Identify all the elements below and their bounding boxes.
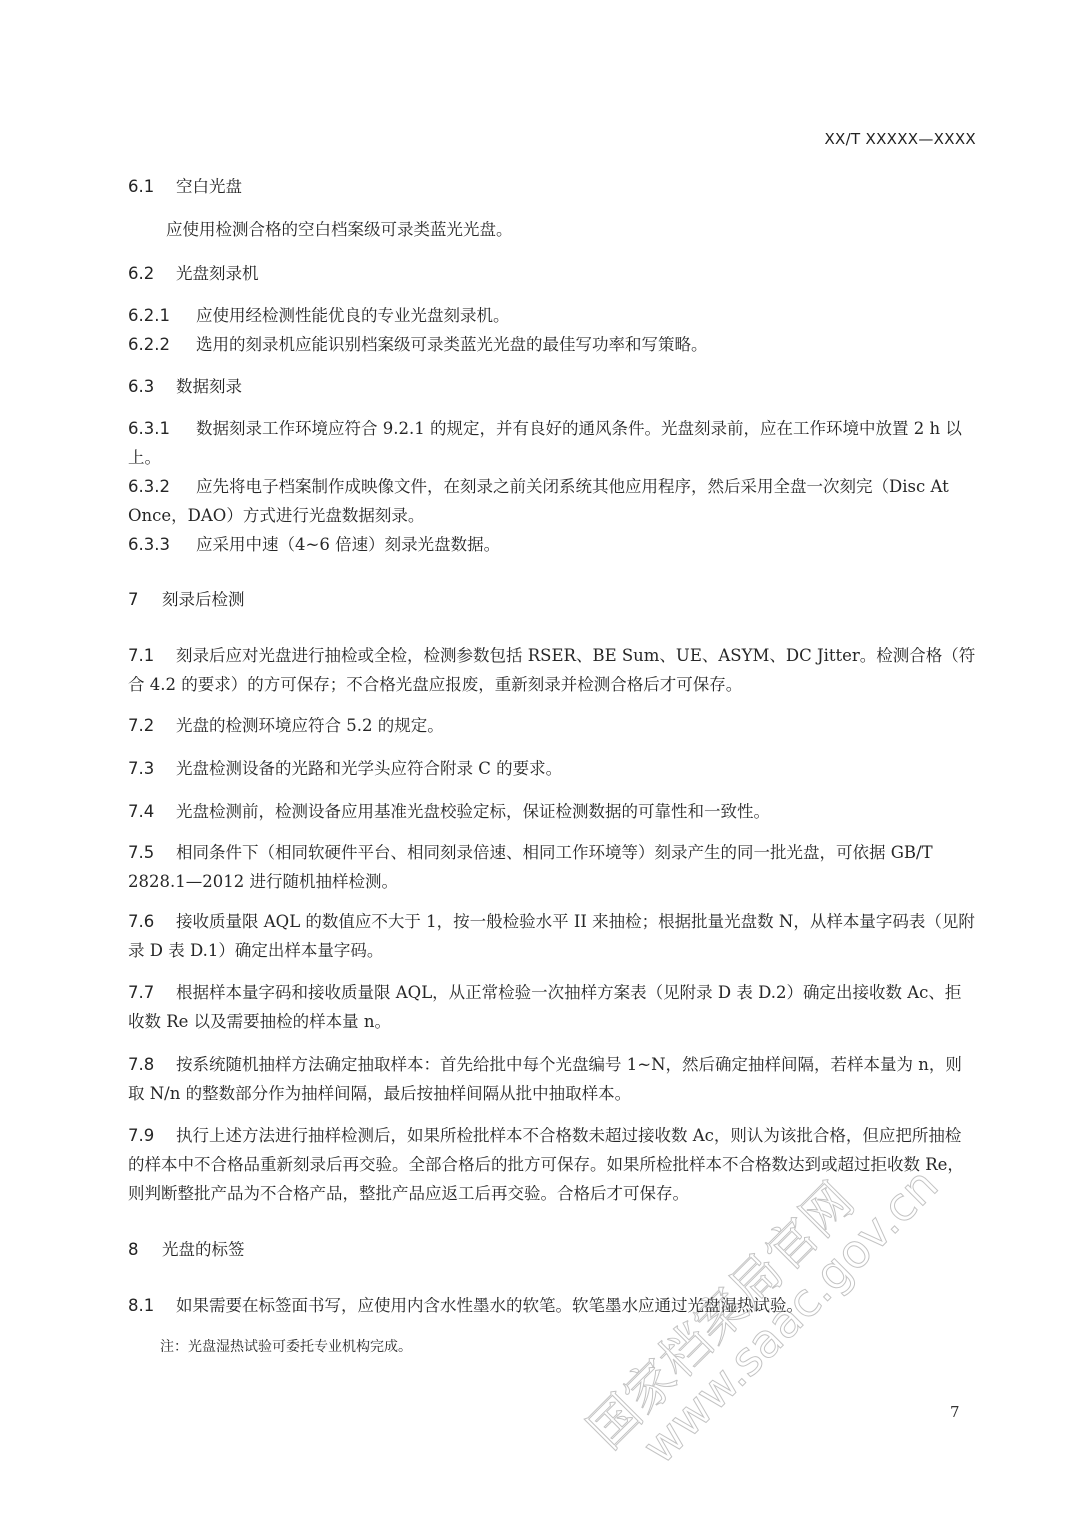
- clause-number: 7.3: [128, 754, 176, 783]
- clause-text: 应使用经检测性能优良的专业光盘刻录机。: [196, 306, 510, 325]
- clause-number: 6.3.3: [128, 530, 196, 559]
- heading-6-1: 6.1空白光盘: [128, 172, 976, 201]
- clause-number: 6.3.1: [128, 414, 196, 443]
- clause-text: 如果需要在标签面书写，应使用内含水性墨水的软笔。软笔墨水应通过光盘湿热试验。: [176, 1296, 803, 1315]
- clause-7-5: 7.5相同条件下（相同软硬件平台、相同刻录倍速、相同工作环境等）刻录产生的同一批…: [128, 838, 976, 896]
- clause-7-2: 7.2光盘的检测环境应符合 5.2 的规定。: [128, 711, 976, 740]
- clause-7-1: 7.1刻录后应对光盘进行抽检或全检，检测参数包括 RSER、BE Sum、UE、…: [128, 641, 976, 699]
- section-number: 6.3: [128, 372, 176, 401]
- clause-number: 7.8: [128, 1050, 176, 1079]
- chapter-number: 8: [128, 1235, 162, 1264]
- section-title: 光盘刻录机: [176, 264, 259, 283]
- clause-7-8: 7.8按系统随机抽样方法确定抽取样本：首先给批中每个光盘编号 1~N，然后确定抽…: [128, 1050, 976, 1108]
- page-number: 7: [950, 1403, 960, 1421]
- clause-text: 按系统随机抽样方法确定抽取样本：首先给批中每个光盘编号 1~N，然后确定抽样间隔…: [128, 1055, 962, 1103]
- clause-number: 6.3.2: [128, 472, 196, 501]
- clause-6-3-3: 6.3.3应采用中速（4~6 倍速）刻录光盘数据。: [128, 530, 976, 559]
- clause-text: 光盘的检测环境应符合 5.2 的规定。: [176, 716, 444, 735]
- clause-number: 7.5: [128, 838, 176, 867]
- clause-6-3-2: 6.3.2应先将电子档案制作成映像文件，在刻录之前关闭系统其他应用程序，然后采用…: [128, 472, 976, 530]
- section-number: 6.1: [128, 172, 176, 201]
- clause-text: 光盘检测前，检测设备应用基准光盘校验定标，保证检测数据的可靠性和一致性。: [176, 802, 770, 821]
- section-title: 数据刻录: [176, 377, 242, 396]
- chapter-number: 7: [128, 585, 162, 614]
- clause-6-3-1: 6.3.1数据刻录工作环境应符合 9.2.1 的规定，并有良好的通风条件。光盘刻…: [128, 414, 976, 472]
- clause-text: 接收质量限 AQL 的数值应不大于 1，按一般检验水平 II 来抽检；根据批量光…: [128, 912, 975, 960]
- clause-7-3: 7.3光盘检测设备的光路和光学头应符合附录 C 的要求。: [128, 754, 976, 783]
- clause-6-2-2: 6.2.2选用的刻录机应能识别档案级可录类蓝光光盘的最佳写功率和写策略。: [128, 330, 976, 359]
- clause-text: 光盘检测设备的光路和光学头应符合附录 C 的要求。: [176, 759, 562, 778]
- clause-text: 选用的刻录机应能识别档案级可录类蓝光光盘的最佳写功率和写策略。: [196, 335, 708, 354]
- clause-number: 6.2.2: [128, 330, 196, 359]
- note-label: 注：: [160, 1339, 188, 1355]
- document-page: XX/T XXXXX—XXXX 6.1空白光盘 应使用检测合格的空白档案级可录类…: [0, 0, 1080, 1527]
- note-text: 光盘湿热试验可委托专业机构完成。: [188, 1339, 412, 1355]
- clause-number: 8.1: [128, 1291, 176, 1320]
- heading-6-3: 6.3数据刻录: [128, 372, 976, 401]
- clause-7-9: 7.9执行上述方法进行抽样检测后，如果所检批样本不合格数未超过接收数 Ac，则认…: [128, 1121, 976, 1208]
- clause-text: 根据样本量字码和接收质量限 AQL，从正常检验一次抽样方案表（见附录 D 表 D…: [128, 983, 961, 1031]
- clause-text: 执行上述方法进行抽样检测后，如果所检批样本不合格数未超过接收数 Ac，则认为该批…: [128, 1126, 964, 1203]
- paragraph-6-1: 应使用检测合格的空白档案级可录类蓝光光盘。: [128, 215, 1014, 244]
- clause-text: 数据刻录工作环境应符合 9.2.1 的规定，并有良好的通风条件。光盘刻录前，应在…: [128, 419, 962, 467]
- clause-text: 应采用中速（4~6 倍速）刻录光盘数据。: [196, 535, 500, 554]
- clause-number: 7.2: [128, 711, 176, 740]
- note: 注：光盘湿热试验可委托专业机构完成。: [128, 1333, 1008, 1362]
- clause-text: 刻录后应对光盘进行抽检或全检，检测参数包括 RSER、BE Sum、UE、ASY…: [128, 646, 975, 694]
- heading-6-2: 6.2光盘刻录机: [128, 259, 976, 288]
- clause-number: 7.9: [128, 1121, 176, 1150]
- section-title: 空白光盘: [176, 177, 242, 196]
- chapter-title: 光盘的标签: [162, 1240, 245, 1259]
- clause-6-2-1: 6.2.1应使用经检测性能优良的专业光盘刻录机。: [128, 301, 976, 330]
- clause-text: 应先将电子档案制作成映像文件，在刻录之前关闭系统其他应用程序，然后采用全盘一次刻…: [128, 477, 949, 525]
- clause-8-1: 8.1如果需要在标签面书写，应使用内含水性墨水的软笔。软笔墨水应通过光盘湿热试验…: [128, 1291, 976, 1320]
- chapter-title: 刻录后检测: [162, 590, 245, 609]
- section-number: 6.2: [128, 259, 176, 288]
- heading-8: 8光盘的标签: [128, 1235, 976, 1264]
- clause-number: 6.2.1: [128, 301, 196, 330]
- clause-text: 相同条件下（相同软硬件平台、相同刻录倍速、相同工作环境等）刻录产生的同一批光盘，…: [128, 843, 933, 891]
- clause-7-6: 7.6接收质量限 AQL 的数值应不大于 1，按一般检验水平 II 来抽检；根据…: [128, 907, 976, 965]
- clause-number: 7.4: [128, 797, 176, 826]
- clause-7-7: 7.7根据样本量字码和接收质量限 AQL，从正常检验一次抽样方案表（见附录 D …: [128, 978, 976, 1036]
- heading-7: 7刻录后检测: [128, 585, 976, 614]
- clause-number: 7.6: [128, 907, 176, 936]
- standard-code: XX/T XXXXX—XXXX: [824, 130, 976, 148]
- clause-7-4: 7.4光盘检测前，检测设备应用基准光盘校验定标，保证检测数据的可靠性和一致性。: [128, 797, 976, 826]
- clause-number: 7.1: [128, 641, 176, 670]
- clause-number: 7.7: [128, 978, 176, 1007]
